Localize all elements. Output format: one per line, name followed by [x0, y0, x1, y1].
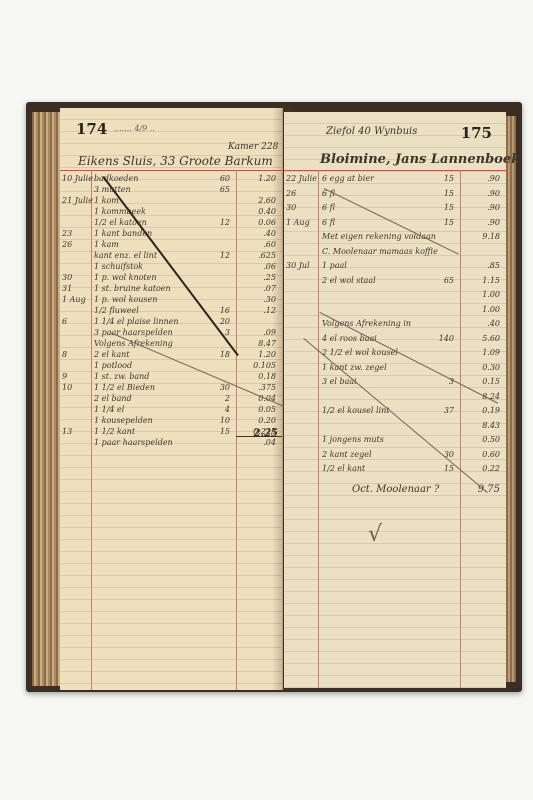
- entry-item: 1 1/4 el: [94, 405, 124, 414]
- top-note-left: ....... 4/9 ..: [114, 124, 155, 133]
- entry-date: 30: [62, 273, 72, 282]
- entry-amount: 0.19: [466, 406, 500, 415]
- entry-qty: 12: [210, 218, 230, 227]
- entry-item: 1 st. zw. band: [94, 372, 149, 381]
- entry-date: 21 Julie: [62, 196, 93, 205]
- entry-amount: .07: [242, 284, 276, 293]
- entry-date: 31: [62, 284, 72, 293]
- entry-qty: 30: [210, 383, 230, 392]
- entry-item: 1 kam: [94, 240, 119, 249]
- entry-item: 1 kommbeek: [94, 207, 146, 216]
- entry-item: 1 1/2 kant: [94, 427, 135, 436]
- entry-amount: .09: [242, 328, 276, 337]
- date-column-rule: [91, 170, 92, 690]
- entry-qty: 65: [210, 185, 230, 194]
- entry-amount: .40: [242, 229, 276, 238]
- entry-date: 23: [62, 229, 72, 238]
- entry-item: 1 kousepelden: [94, 416, 153, 425]
- entry-amount: .40: [466, 319, 500, 328]
- header-right-note: Kamer 228: [228, 142, 278, 152]
- entry-amount: .06: [242, 262, 276, 271]
- entry-qty: 15: [434, 218, 454, 227]
- right-page: 175 Ziefol 40 Wynbuis Bloimine, Jans Lan…: [284, 112, 506, 688]
- entry-amount: .90: [466, 189, 500, 198]
- entry-amount: .30: [242, 295, 276, 304]
- entry-date: 30: [286, 203, 296, 212]
- entry-item: 1 jongens muts: [322, 435, 384, 444]
- entry-item: 1/2 el kant: [322, 464, 365, 473]
- entry-qty: 15: [434, 203, 454, 212]
- entry-qty: 140: [434, 334, 454, 343]
- entry-qty: 60: [210, 174, 230, 183]
- entry-qty: 10: [210, 416, 230, 425]
- signature: Oct. Moolenaar ?: [352, 484, 439, 495]
- entry-qty: 65: [434, 276, 454, 285]
- entry-amount: .25: [242, 273, 276, 282]
- entry-amount: 1.20: [242, 174, 276, 183]
- entry-amount: .04: [242, 438, 276, 447]
- checkmark: √: [368, 522, 382, 547]
- entry-amount: 1.20: [242, 350, 276, 359]
- amount-column-rule-right: [460, 170, 461, 688]
- entry-date: 10 Julie: [62, 174, 93, 183]
- entry-amount: 0.22: [466, 464, 500, 473]
- entry-item: 2 el band: [94, 394, 132, 403]
- entry-item: 6 fl: [322, 203, 335, 212]
- entry-amount: 0.30: [466, 363, 500, 372]
- entry-date: 30 Jul: [286, 261, 310, 270]
- entry-item: 1 kant zw. zegel: [322, 363, 387, 372]
- account-title-right: Bloimine, Jans Lannenboek: [320, 152, 520, 167]
- entry-qty: 15: [434, 189, 454, 198]
- entry-amount: .60: [242, 240, 276, 249]
- entry-item: 1 1/2 el Bieden: [94, 383, 155, 392]
- entry-amount: 1.00: [466, 290, 500, 299]
- entry-amount: 0.20: [242, 416, 276, 425]
- entry-date: 6: [62, 317, 67, 326]
- entry-amount: 1.00: [466, 305, 500, 314]
- entry-item: 1 p. wol kousen: [94, 295, 157, 304]
- entry-amount: 0.18: [242, 372, 276, 381]
- entry-qty: 4: [210, 405, 230, 414]
- entry-qty: 12: [210, 251, 230, 260]
- entry-qty: 15: [434, 174, 454, 183]
- entry-date: 1 Aug: [62, 295, 86, 304]
- entry-item: 1 kom: [94, 196, 119, 205]
- entry-item: 1/2 el kousel lint: [322, 406, 390, 415]
- entry-amount: 5.60: [466, 334, 500, 343]
- entry-amount: 1.09: [466, 348, 500, 357]
- entry-item: 1 potlood: [94, 361, 132, 370]
- entry-amount: .90: [466, 218, 500, 227]
- page-edges-left: [32, 112, 62, 686]
- entry-item: 2 1/2 el wol kousel: [322, 348, 398, 357]
- entry-date: 8: [62, 350, 67, 359]
- ledger-book: 174 ....... 4/9 .. Kamer 228 Eikens Slui…: [26, 102, 522, 692]
- entry-qty: 2: [210, 394, 230, 403]
- entry-item: 2 el kant: [94, 350, 129, 359]
- top-note-right: Ziefol 40 Wynbuis: [326, 126, 417, 137]
- entry-amount: .12: [242, 306, 276, 315]
- entry-item: 6 egg at bier: [322, 174, 374, 183]
- account-title-left: Eikens Sluis, 33 Groote Barkum: [78, 154, 273, 168]
- entry-amount: 0.105: [242, 361, 276, 370]
- entry-date: 9: [62, 372, 67, 381]
- entry-item: Volgens Afrekening: [94, 339, 173, 348]
- entry-item: 1/2 fluweel: [94, 306, 139, 315]
- entry-item: 2 el wol staal: [322, 276, 376, 285]
- entry-amount: 0.05: [242, 405, 276, 414]
- entry-item: 1 paal: [322, 261, 347, 270]
- date-column-rule-right: [318, 170, 319, 688]
- entry-item: 1 p. wol knoten: [94, 273, 157, 282]
- entry-item: 1 1/4 el plaise linnen: [94, 317, 179, 326]
- entry-amount: 0.06: [242, 218, 276, 227]
- entry-amount: 0.40: [242, 207, 276, 216]
- entry-amount: .90: [466, 174, 500, 183]
- entry-date: 10: [62, 383, 72, 392]
- entry-amount: 8.47: [242, 339, 276, 348]
- entry-qty: 15: [434, 464, 454, 473]
- entry-amount: 2.60: [242, 196, 276, 205]
- entry-amount: 9.18: [466, 232, 500, 241]
- entry-date: 1 Aug: [286, 218, 310, 227]
- entry-amount: 8.43: [466, 421, 500, 430]
- entry-date: 26: [286, 189, 296, 198]
- amount-column-rule: [236, 170, 237, 690]
- entry-item: C. Moolenaar mamaas koffie: [322, 247, 438, 256]
- entry-amount: 0.15: [466, 377, 500, 386]
- entry-date: 22 Julie: [286, 174, 317, 183]
- entry-amount: 0.60: [466, 450, 500, 459]
- entry-item: 6 fl: [322, 218, 335, 227]
- entry-amount: 1.15: [466, 276, 500, 285]
- left-page: 174 ....... 4/9 .. Kamer 228 Eikens Slui…: [60, 108, 283, 690]
- entry-date: 13: [62, 427, 72, 436]
- entry-item: kant enz. el lint: [94, 251, 157, 260]
- page-number-right: 175: [461, 124, 492, 142]
- entry-item: 1 schuifstok: [94, 262, 143, 271]
- entry-item: 3 paar haarspelden: [94, 328, 173, 337]
- entry-amount: .90: [466, 203, 500, 212]
- entry-amount: 0.50: [466, 435, 500, 444]
- entry-date: 26: [62, 240, 72, 249]
- entry-qty: 37: [434, 406, 454, 415]
- entry-qty: 15: [210, 427, 230, 436]
- header-rule: [60, 170, 282, 171]
- page-number-left: 174: [76, 120, 107, 138]
- entry-qty: 16: [210, 306, 230, 315]
- entry-amount: .85: [466, 261, 500, 270]
- entry-item: badkoeden: [94, 174, 138, 183]
- entry-item: 2 kant zegel: [322, 450, 372, 459]
- entry-qty: 18: [210, 350, 230, 359]
- entry-item: 1 st. bruine katoen: [94, 284, 171, 293]
- entry-amount: .625: [242, 251, 276, 260]
- entry-item: 1 paar haarspelden: [94, 438, 173, 447]
